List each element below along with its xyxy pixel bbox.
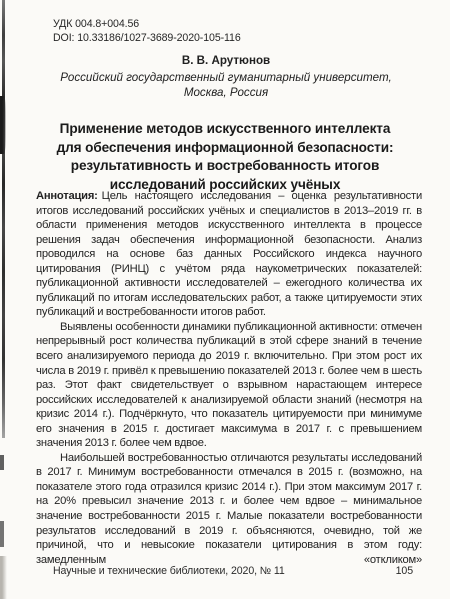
author-affiliation: Российский государственный гуманитарный … [30, 70, 422, 85]
abstract-paragraph-2: Выявлены особенности динамики публикацио… [36, 320, 422, 451]
abstract-section: Аннотация:Цель настоящего исследования –… [36, 189, 422, 567]
article-title-line: результативность и востребованность итог… [20, 157, 430, 176]
scan-edge-artifact [0, 455, 4, 470]
article-identifiers: УДК 004.8+004.56 DOI: 10.33186/1027-3689… [53, 17, 241, 45]
abstract-paragraph-3: Наибольшей востребованностью отличаются … [36, 451, 422, 567]
abstract-paragraph-1: Аннотация:Цель настоящего исследования –… [36, 189, 422, 320]
udc-code: УДК 004.8+004.56 [53, 17, 241, 31]
scan-edge-artifact [0, 96, 6, 154]
doi-code: DOI: 10.33186/1027-3689-2020-105-116 [53, 31, 241, 45]
page-footer: Научные и технические библиотеки, 2020, … [53, 565, 413, 577]
article-title-line: для обеспечения информационной безопасно… [20, 139, 430, 158]
article-title-line: Применение методов искусственного интелл… [20, 120, 430, 139]
journal-footer-title: Научные и технические библиотеки, 2020, … [53, 565, 285, 577]
author-location: Москва, Россия [30, 85, 422, 100]
scan-edge-artifact [0, 556, 7, 599]
author-block: В. В. Арутюнов Российский государственны… [30, 53, 422, 100]
article-title: Применение методов искусственного интелл… [20, 120, 430, 194]
abstract-label: Аннотация: [36, 190, 98, 202]
abstract-paragraph-1-text: Цель настоящего исследования – оценка ре… [36, 190, 422, 318]
document-page: УДК 004.8+004.56 DOI: 10.33186/1027-3689… [0, 0, 450, 599]
scan-edge-artifact [0, 521, 4, 547]
page-number: 105 [396, 565, 413, 577]
scan-edge-artifact [2, 0, 5, 438]
author-name: В. В. Арутюнов [30, 53, 422, 68]
